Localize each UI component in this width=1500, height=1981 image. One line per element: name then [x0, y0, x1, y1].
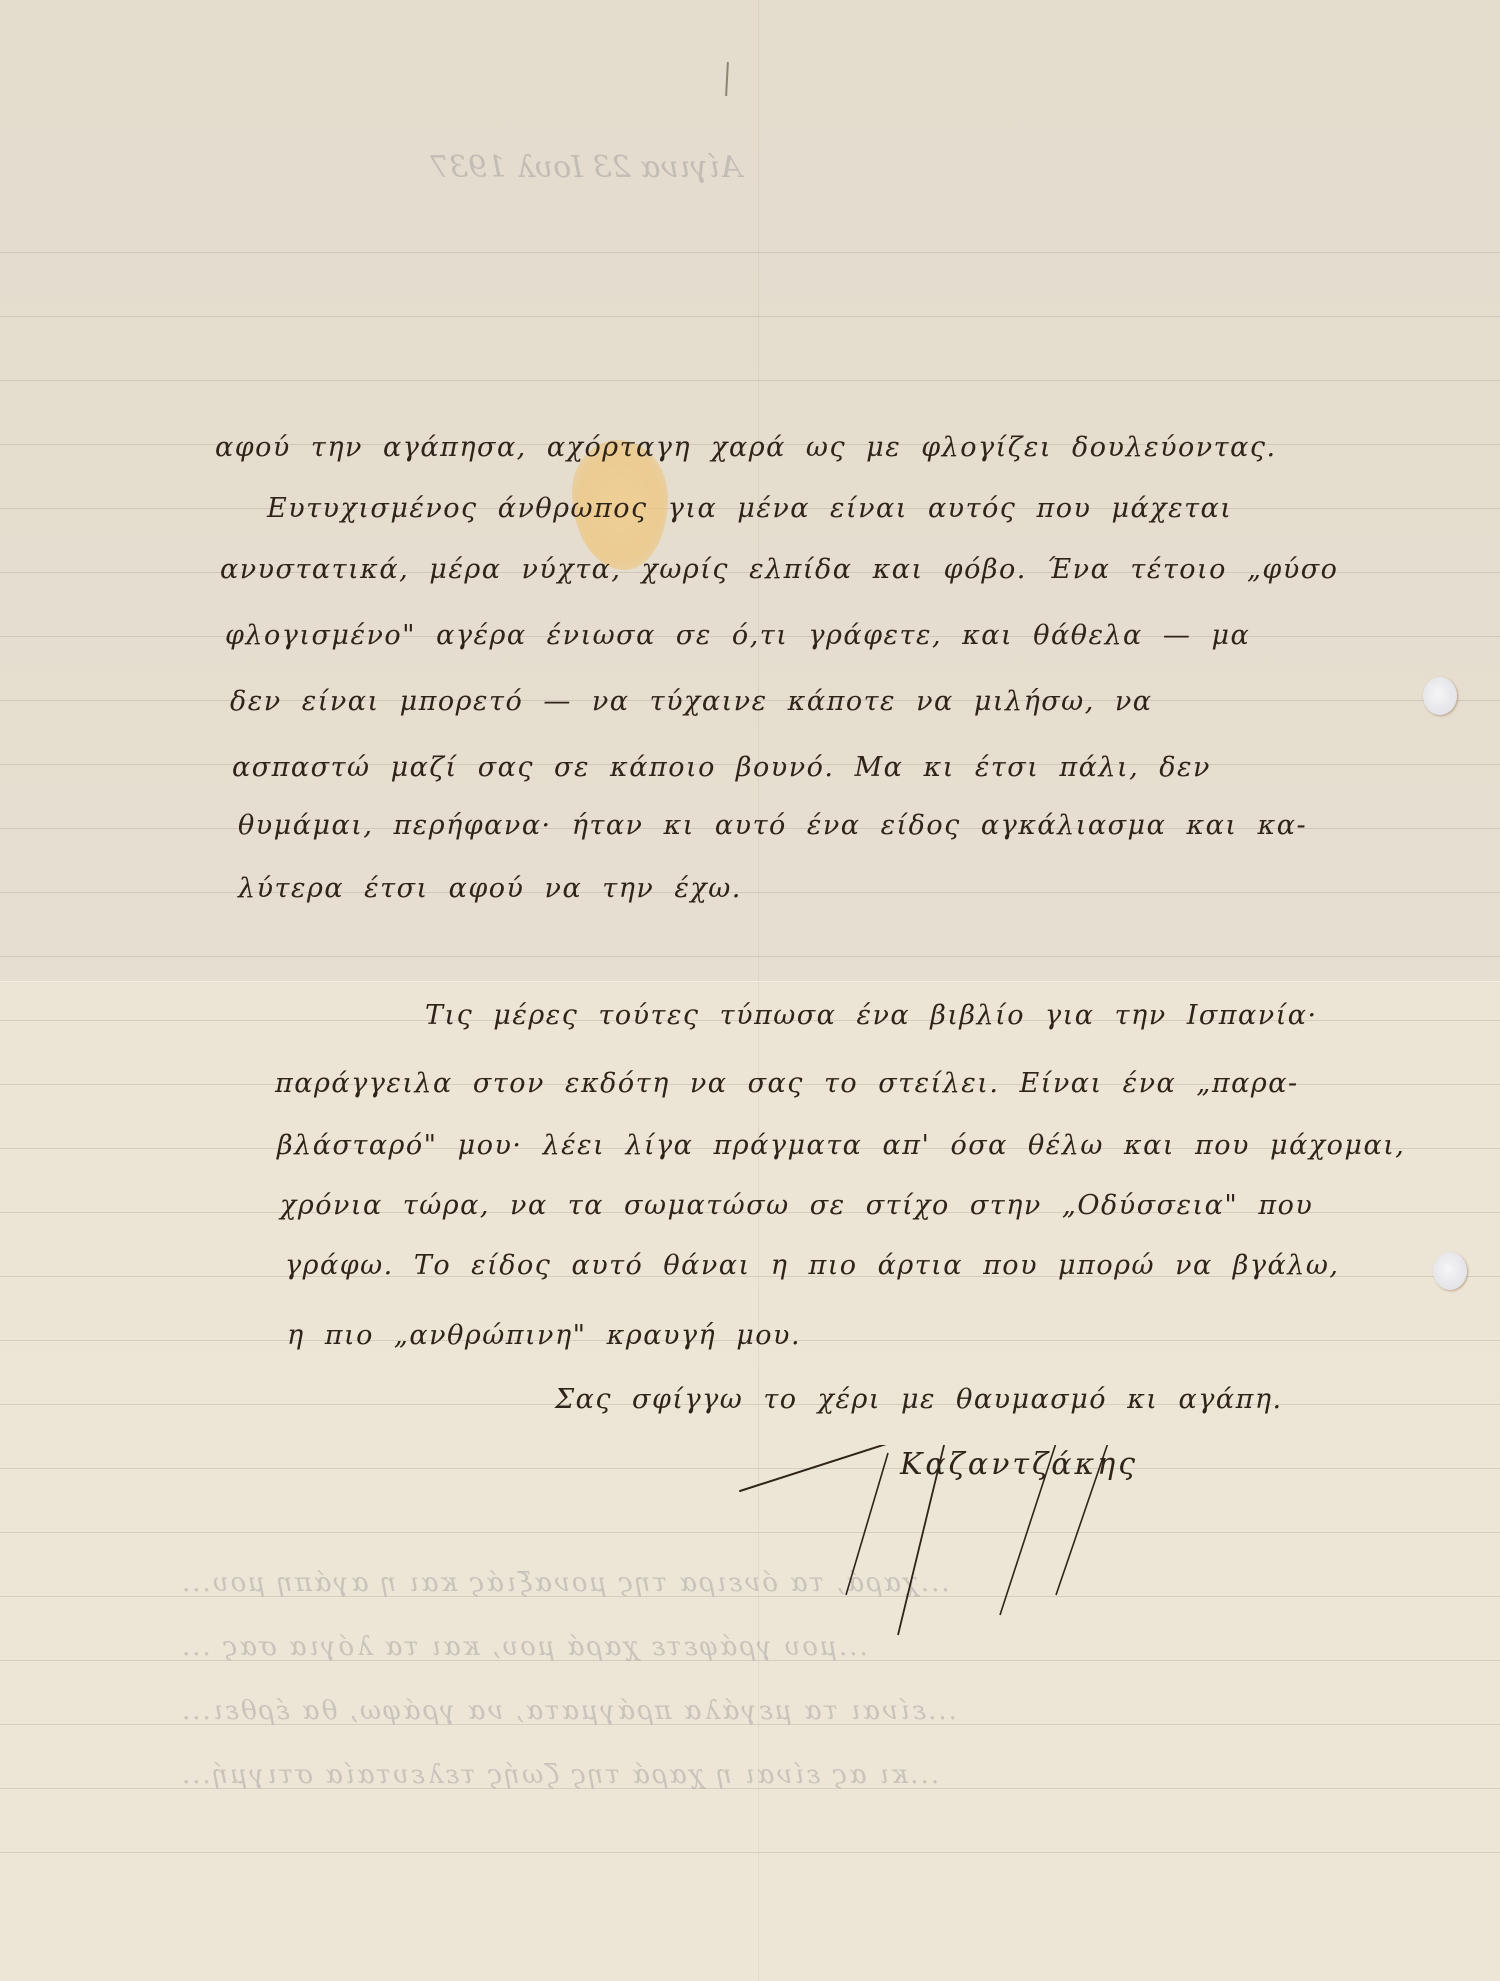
- punch-hole: [1423, 677, 1457, 715]
- letter-line: ανυστατικά, μέρα νύχτα, χωρίς ελπίδα και…: [220, 554, 1338, 585]
- letter-line: λύτερα έτσι αφού να την έχω.: [238, 873, 742, 904]
- letter-line: Τις μέρες τούτες τύπωσα ένα βιβλίο για τ…: [425, 1000, 1318, 1031]
- letter-line: χρόνια τώρα, να τα σωματώσω σε στίχο στη…: [280, 1190, 1313, 1221]
- letter-line: ασπαστώ μαζί σας σε κάποιο βουνό. Μα κι …: [232, 752, 1211, 783]
- bleed-through-date: Αίγινα 23 Ιουλ 1937: [430, 150, 742, 185]
- ruled-line: [0, 380, 1500, 381]
- letter-line: δεν είναι μπορετό — να τύχαινε κάποτε να…: [230, 686, 1153, 717]
- ruled-line: [0, 892, 1500, 893]
- letter-line: αφού την αγάπησα, αχόρταγη χαρά ως με φλ…: [215, 432, 1277, 463]
- bleed-through-line: ...είναι τα μεγάλα πράγματα, να γράφω, θ…: [180, 1696, 957, 1726]
- ruled-line: [0, 1852, 1500, 1853]
- letter-page: Αίγινα 23 Ιουλ 1937 ...χαρά, τα όνειρα τ…: [0, 0, 1500, 1981]
- ruled-line: [0, 316, 1500, 317]
- letter-line: φλογισμένο" αγέρα ένιωσα σε ό,τι γράφετε…: [225, 620, 1250, 651]
- signature: Καζαντζάκης: [738, 1445, 1218, 1645]
- ruled-line: [0, 252, 1500, 253]
- vertical-crease: [758, 0, 759, 1981]
- letter-line: Ευτυχισμένος άνθρωπος για μένα είναι αυτ…: [267, 493, 1232, 524]
- pencil-mark: [725, 62, 729, 96]
- letter-line: βλάσταρό" μου· λέει λίγα πράγματα απ' όσ…: [277, 1130, 1405, 1161]
- letter-closing: Σας σφίγγω το χέρι με θαυμασμό κι αγάπη.: [555, 1384, 1283, 1415]
- signature-name: Καζαντζάκης: [900, 1447, 1138, 1482]
- letter-line: παράγγειλα στον εκδότη να σας το στείλει…: [275, 1068, 1299, 1099]
- horizontal-fold: [0, 980, 1500, 983]
- ruled-line: [0, 956, 1500, 957]
- letter-line: η πιο „ανθρώπινη" κραυγή μου.: [287, 1320, 801, 1351]
- bleed-through-line: ...κι ας είναι η χαρά της ζωής τελευταία…: [180, 1760, 939, 1790]
- letter-line: θυμάμαι, περήφανα· ήταν κι αυτό ένα είδο…: [238, 810, 1307, 841]
- punch-hole: [1433, 1252, 1467, 1290]
- letter-line: γράφω. Το είδος αυτό θάναι η πιο άρτια π…: [285, 1250, 1340, 1281]
